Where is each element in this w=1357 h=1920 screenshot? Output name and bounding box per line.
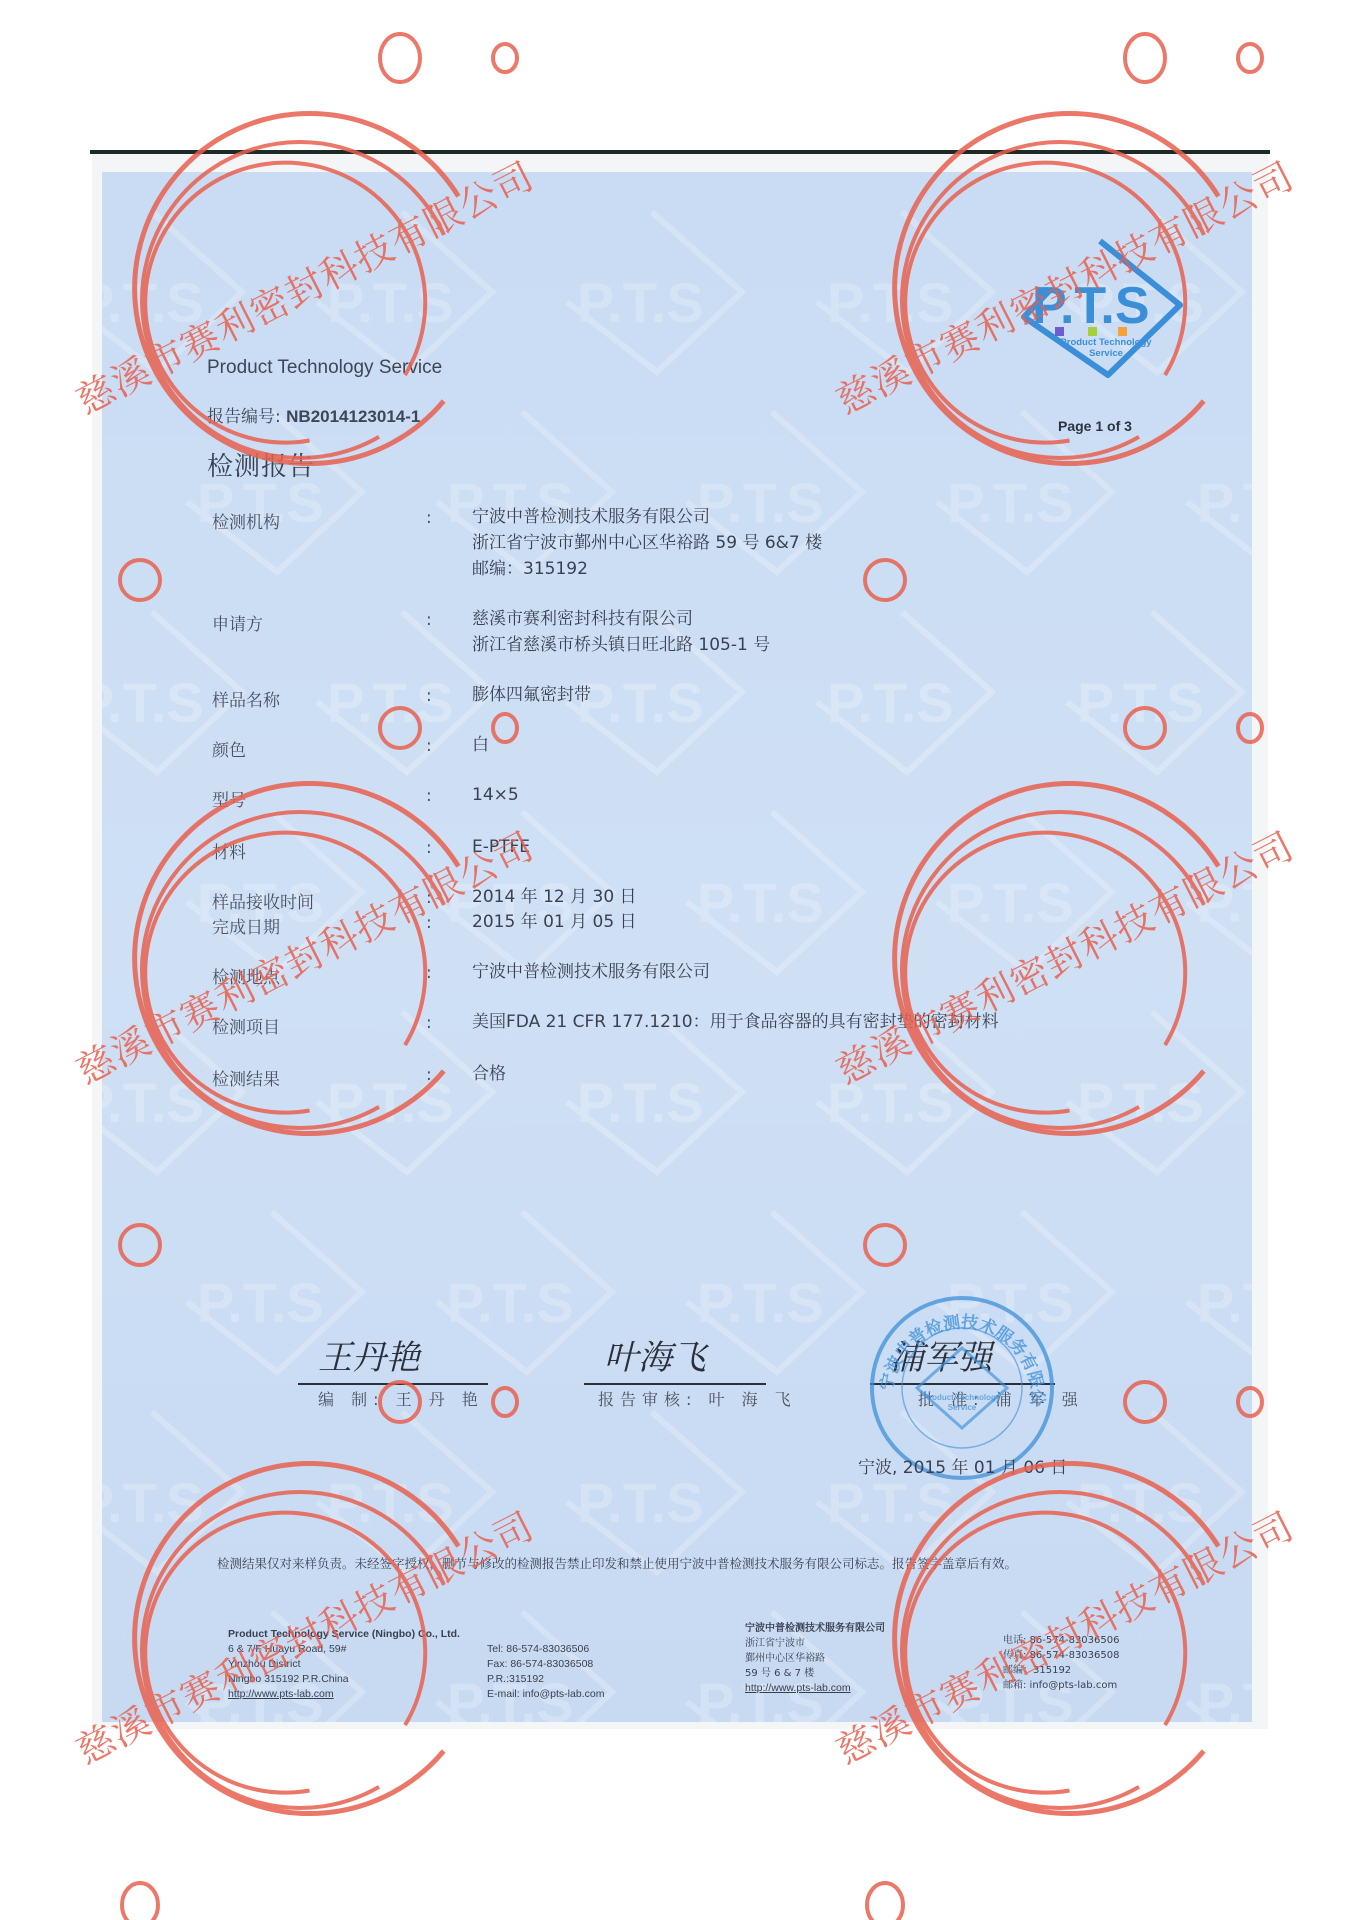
field-label: 完成日期 <box>212 913 280 938</box>
field-value: 合格 <box>472 1061 506 1087</box>
field-label: 检测结果 <box>212 1065 280 1090</box>
svg-text:P.T.S: P.T.S <box>697 871 824 934</box>
svg-text:P.T.S: P.T.S <box>697 471 824 534</box>
company-name-en: Product Technology Service <box>207 357 442 379</box>
field-colon: : <box>426 786 432 806</box>
footer-url-en[interactable]: http://www.pts-lab.com <box>228 1688 334 1700</box>
field-value: 浙江省慈溪市桥头镇日旺北路 105-1 号 <box>472 632 770 658</box>
footer-company-cn: 宁波中普检测技术服务有限公司 <box>745 1621 885 1636</box>
svg-text:P.T.S: P.T.S <box>577 671 704 734</box>
footer-en-contact: Tel: 86-574-83036506 Fax: 86-574-8303650… <box>487 1642 604 1702</box>
svg-text:P.T.S: P.T.S <box>1077 1471 1204 1534</box>
svg-text:P.T.S: P.T.S <box>827 671 954 734</box>
svg-text:P.T.S: P.T.S <box>577 1071 704 1134</box>
field-colon: : <box>426 508 432 528</box>
field-value: E-PTFE <box>472 834 530 860</box>
report-number-value: NB2014123014-1 <box>286 407 420 426</box>
signature-caption: 报告审核: 叶 海 飞 <box>598 1387 797 1410</box>
svg-text:P.T.S: P.T.S <box>197 1271 324 1334</box>
field-colon: : <box>426 1065 432 1085</box>
field-colon: : <box>426 913 432 933</box>
report-number-label: 报告编号: <box>207 407 281 427</box>
svg-text:P.T.S: P.T.S <box>447 1271 574 1334</box>
field-label: 样品名称 <box>212 686 280 711</box>
svg-text:P.T.S: P.T.S <box>827 1071 954 1134</box>
svg-text:P.T.S: P.T.S <box>327 671 454 734</box>
footer-postcode: P.R.:315192 <box>487 1672 604 1687</box>
field-label: 型号 <box>212 786 246 811</box>
field-value: 膨体四氟密封带 <box>472 682 591 708</box>
report-number: 报告编号: NB2014123014-1 <box>207 402 420 427</box>
svg-text:P.T.S: P.T.S <box>577 1471 704 1534</box>
page-indicator: Page 1 of 3 <box>1058 418 1132 434</box>
field-value: 邮编：315192 <box>472 556 588 582</box>
svg-text:P.T.S: P.T.S <box>827 271 954 334</box>
svg-text:Product Technology: Product Technology <box>924 1393 1001 1402</box>
svg-text:P.T.S: P.T.S <box>1077 1071 1204 1134</box>
field-value: 2014 年 12 月 30 日 <box>472 884 637 910</box>
signature-line <box>298 1383 488 1385</box>
footer-tel: Tel: 86-574-83036506 <box>487 1642 604 1657</box>
field-colon: : <box>426 736 432 756</box>
footer-cn-contact: 电话: 86-574-83036506 传真: 86-574-83036508 … <box>1003 1633 1119 1693</box>
svg-text:P.T.S: P.T.S <box>1197 871 1252 934</box>
svg-text:P.T.S: P.T.S <box>102 1471 204 1534</box>
field-value: 14×5 <box>472 782 519 808</box>
disclaimer-text: 检测结果仅对来样负责。未经签字授权，删节与修改的检测报告禁止印发和禁止使用宁波中… <box>217 1553 1147 1575</box>
svg-text:P.T.S: P.T.S <box>1077 671 1204 734</box>
footer-email: E-mail: info@pts-lab.com <box>487 1687 604 1702</box>
field-label: 申请方 <box>212 610 263 635</box>
field-colon: : <box>426 888 432 908</box>
field-value: 宁波中普检测技术服务有限公司 <box>472 959 710 985</box>
signature-line <box>584 1383 766 1385</box>
signature-handwriting: 叶海飞 <box>604 1330 706 1379</box>
field-value: 慈溪市赛利密封科技有限公司 <box>472 606 693 632</box>
field-label: 检测地点 <box>212 963 280 988</box>
svg-text:P.T.S: P.T.S <box>1197 471 1252 534</box>
footer-fax: Fax: 86-574-83036508 <box>487 1657 604 1672</box>
footer-en-address: Product Technology Service (Ningbo) Co.,… <box>228 1627 460 1702</box>
svg-text:P.T.S: P.T.S <box>1197 1271 1252 1334</box>
svg-text:P.T.S: P.T.S <box>102 671 204 734</box>
svg-text:Product Technology: Product Technology <box>1060 337 1152 348</box>
signature-caption: 编 制: 王 丹 艳 <box>318 1387 484 1410</box>
svg-text:P.T.S: P.T.S <box>327 271 454 334</box>
field-colon: : <box>426 838 432 858</box>
field-colon: : <box>426 1013 432 1033</box>
field-value: 浙江省宁波市鄞州中心区华裕路 59 号 6&7 楼 <box>472 530 822 556</box>
svg-text:Service: Service <box>948 1403 977 1412</box>
footer-company-en: Product Technology Service (Ningbo) Co.,… <box>228 1627 460 1642</box>
issue-place-date: 宁波, 2015 年 01 月 06 日 <box>858 1453 1067 1478</box>
logo-letters: P.T.S <box>1032 277 1150 335</box>
svg-text:宁波中普检测技术服务有限公司: 宁波中普检测技术服务有限公司 <box>862 1288 1047 1406</box>
svg-text:P.T.S: P.T.S <box>697 1271 824 1334</box>
field-value: 美国FDA 21 CFR 177.1210：用于食品容器的具有密封垫的密封材料 <box>472 1009 999 1035</box>
svg-text:P.T.S: P.T.S <box>1197 1671 1252 1722</box>
field-label: 样品接收时间 <box>212 888 314 913</box>
field-colon: : <box>426 610 432 630</box>
field-label: 材料 <box>212 838 246 863</box>
svg-text:Service: Service <box>1089 348 1123 359</box>
field-colon: : <box>426 686 432 706</box>
field-label: 颜色 <box>212 736 246 761</box>
page-title: 检测报告 <box>207 446 315 483</box>
field-value: 白 <box>472 732 489 758</box>
field-label: 检测机构 <box>212 508 280 533</box>
svg-text:P.T.S: P.T.S <box>577 271 704 334</box>
field-label: 检测项目 <box>212 1013 280 1038</box>
svg-text:P.T.S: P.T.S <box>102 1071 204 1134</box>
svg-text:P.T.S: P.T.S <box>327 1071 454 1134</box>
svg-text:P.T.S: P.T.S <box>947 471 1074 534</box>
footer-cn-address: 宁波中普检测技术服务有限公司 浙江省宁波市 鄞州中心区华裕路 59 号 6 & … <box>745 1621 885 1696</box>
field-value: 宁波中普检测技术服务有限公司 <box>472 504 710 530</box>
footer-url-cn[interactable]: http://www.pts-lab.com <box>745 1682 851 1694</box>
field-value: 2015 年 01 月 05 日 <box>472 909 637 935</box>
svg-text:P.T.S: P.T.S <box>327 1471 454 1534</box>
signature-handwriting: 王丹艳 <box>318 1330 420 1379</box>
field-colon: : <box>426 963 432 983</box>
pts-logo: P.T.S Product Technology Service <box>1010 235 1190 385</box>
svg-text:P.T.S: P.T.S <box>102 271 204 334</box>
svg-text:P.T.S: P.T.S <box>947 871 1074 934</box>
